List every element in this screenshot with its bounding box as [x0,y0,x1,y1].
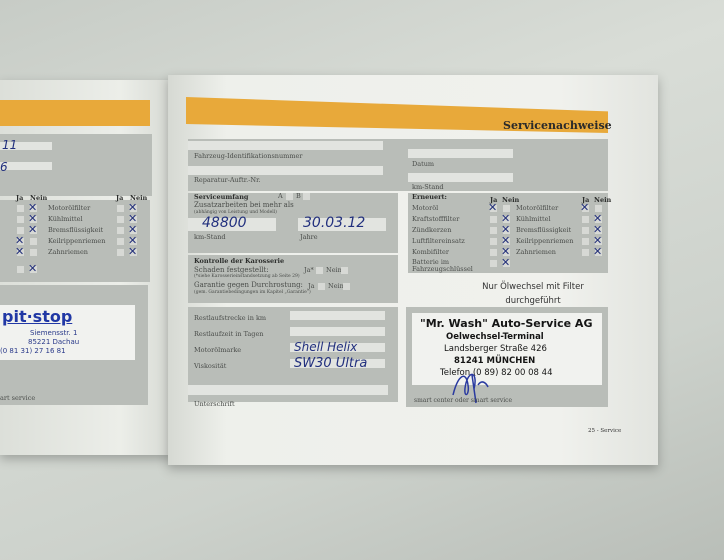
warranty-label: Garantie gegen Durchrostung: [194,281,303,289]
left-handwriting-top: 11 [2,138,17,152]
scope-km-label: km-Stand [194,233,226,241]
cross-mark-icon: ✕ [28,263,37,274]
left-item-label: Bremsflüssigkeit [48,226,103,234]
renewed-item-label: Motorölfilter [516,204,558,212]
option-b-checkbox[interactable] [303,193,310,200]
renewed-ja-checkbox[interactable] [582,249,589,256]
renewed-item-label: Keilrippenriemen [516,237,573,245]
warranty-yes-label: Ja [308,282,314,290]
remaining-km-label: Restlaufstrecke in km [194,314,266,322]
renewed-item-label: Kraftstofffilter [412,215,459,223]
damage-yes-label: Ja* [304,266,314,274]
renewed-item-label: Motoröl [412,204,438,212]
renewed-nein-checkbox[interactable] [503,205,510,212]
remaining-km-field[interactable] [290,311,385,320]
renewed-item-label: Bremsflüssigkeit [516,226,571,234]
renewed-item-label: Zahnriemen [516,248,556,256]
note-line-1: Nur Ölwechsel mit Filter [468,280,598,294]
dealer-stamp: "Mr. Wash" Auto-Service AG Oelwechsel-Te… [412,313,602,385]
damage-label: Schaden festgestellt: [194,266,269,274]
left-ja-checkbox-2[interactable] [117,249,124,256]
left-stamp-city: 85221 Dachau [28,338,79,346]
left-ja-checkbox[interactable] [17,266,24,273]
renewed-ja-checkbox[interactable] [490,238,497,245]
stamp-company: "Mr. Wash" Auto-Service AG [420,317,592,330]
cross-mark-icon: ✕ [593,246,602,257]
damage-yes-checkbox[interactable] [316,267,323,274]
stamp-street: Landsberger Straße 426 [444,344,547,354]
left-item-label: Zahnriemen [48,248,88,256]
signature-label: Unterschrift [194,400,235,408]
damage-note: (*siehe Karosserieinstandsetzung ab Seit… [194,274,300,279]
left-nein-checkbox[interactable] [30,249,37,256]
stamp-subtitle: Oelwechsel-Terminal [446,332,544,342]
left-stamp-phone: (0 81 31) 27 16 81 [0,347,66,355]
option-b-label: B [296,192,301,200]
left-nein-checkbox[interactable] [30,238,37,245]
renewed-ja-checkbox[interactable] [490,260,497,267]
signature-field[interactable] [188,385,388,395]
date-field[interactable] [408,149,513,158]
warranty-no-label: Nein [328,282,344,290]
left-header-banner [0,100,150,126]
renewed-ja-checkbox[interactable] [490,227,497,234]
left-ja-checkbox[interactable] [17,227,24,234]
renewed-item-label: Batterie im Fahrzeugschlüssel [412,259,472,273]
renewed-no-header: Nein [502,196,519,204]
renewed-ja-checkbox[interactable] [582,227,589,234]
left-item-label: Kühlmittel [48,215,83,223]
oil-brand-label: Motorölmarke [194,346,241,354]
viscosity-label: Viskosität [194,362,226,370]
left-ja-checkbox[interactable] [17,216,24,223]
left-ja-checkbox-2[interactable] [117,216,124,223]
page-footer: 25 - Service [588,428,621,434]
right-page: Servicenachweise Fahrzeug-Identifikation… [168,75,658,465]
renewed-item-label: Zündkerzen [412,226,451,234]
left-yes-header-2: Ja [116,194,123,202]
left-stamp-footer: art service [0,394,35,402]
cross-mark-icon: ✕ [580,202,589,213]
left-ja-checkbox-2[interactable] [117,227,124,234]
stamp-footer: smart center oder smart service [414,397,512,404]
oil-brand-value: Shell Helix [294,340,357,354]
scope-date-value: 30.03.12 [303,215,365,231]
renewed-item-label: Kombifilter [412,248,449,256]
renewed-item-label: Kühlmittel [516,215,551,223]
warranty-note: (gem. Garantiebedingungen im Kapitel „Ga… [194,290,311,295]
renewed-no-header-2: Nein [594,196,611,204]
extra-work-label: Zusatzarbeiten bei mehr als [194,201,294,209]
damage-no-label: Nein [326,266,342,274]
cross-mark-icon: ✕ [501,257,510,268]
left-ja-checkbox-2[interactable] [117,205,124,212]
viscosity-value: SW30 Ultra [294,356,367,371]
left-stamp-street: Siemensstr. 1 [30,329,77,337]
left-item-label: Motorölfilter [48,204,90,212]
remaining-days-field[interactable] [290,327,385,336]
scope-km-value: 48800 [202,215,247,231]
option-a-checkbox[interactable] [286,193,293,200]
left-page: 11 6 Ja Nein Ja Nein ✕✕✕✕✕✕Motorölfilter… [0,80,172,455]
option-a-label: A [278,192,283,200]
remaining-days-label: Restlaufzeit in Tagen [194,330,264,338]
vin-label: Fahrzeug-Identifikationsnummer [194,152,302,160]
note-line-2: durchgeführt [468,294,598,308]
left-handwriting-mid: 6 [0,160,8,174]
date-label: Datum [412,160,434,168]
oil-change-note: Nur Ölwechsel mit Filter durchgeführt [468,280,598,308]
pit-stop-logo: pit·stop [2,307,72,326]
damage-no-checkbox[interactable] [341,267,348,274]
renewed-nein-checkbox[interactable] [595,205,602,212]
repair-order-field[interactable] [188,166,383,175]
renewed-item-label: Luftfiltereinsatz [412,237,465,245]
cross-mark-icon: ✕ [128,246,137,257]
renewed-label: Erneuert: [412,193,447,201]
years-label: Jahre [300,233,318,241]
body-check-label: Kontrolle der Karosserie [194,257,284,265]
km-label: km-Stand [412,183,444,191]
cross-mark-icon: ✕ [488,202,497,213]
left-item-label: Keilrippenriemen [48,237,105,245]
cross-mark-icon: ✕ [15,246,24,257]
warranty-yes-checkbox[interactable] [318,283,325,290]
left-dealer-stamp: pit·stop Siemensstr. 1 85221 Dachau (0 8… [0,305,135,360]
renewed-ja-checkbox[interactable] [582,238,589,245]
left-ja-checkbox[interactable] [17,205,24,212]
km-field[interactable] [408,173,513,182]
renewed-ja-checkbox[interactable] [490,249,497,256]
cross-mark-icon: ✕ [28,224,37,235]
page-title: Servicenachweise [503,119,612,132]
renewed-ja-checkbox[interactable] [490,216,497,223]
left-yes-header: Ja [16,194,23,202]
left-ja-checkbox-2[interactable] [117,238,124,245]
renewed-ja-checkbox[interactable] [582,216,589,223]
vin-field[interactable] [188,141,383,150]
service-scope-label: Serviceumfang [194,193,248,201]
repair-order-label: Reparatur-Auftr.-Nr. [194,176,261,184]
warranty-no-checkbox[interactable] [343,283,350,290]
